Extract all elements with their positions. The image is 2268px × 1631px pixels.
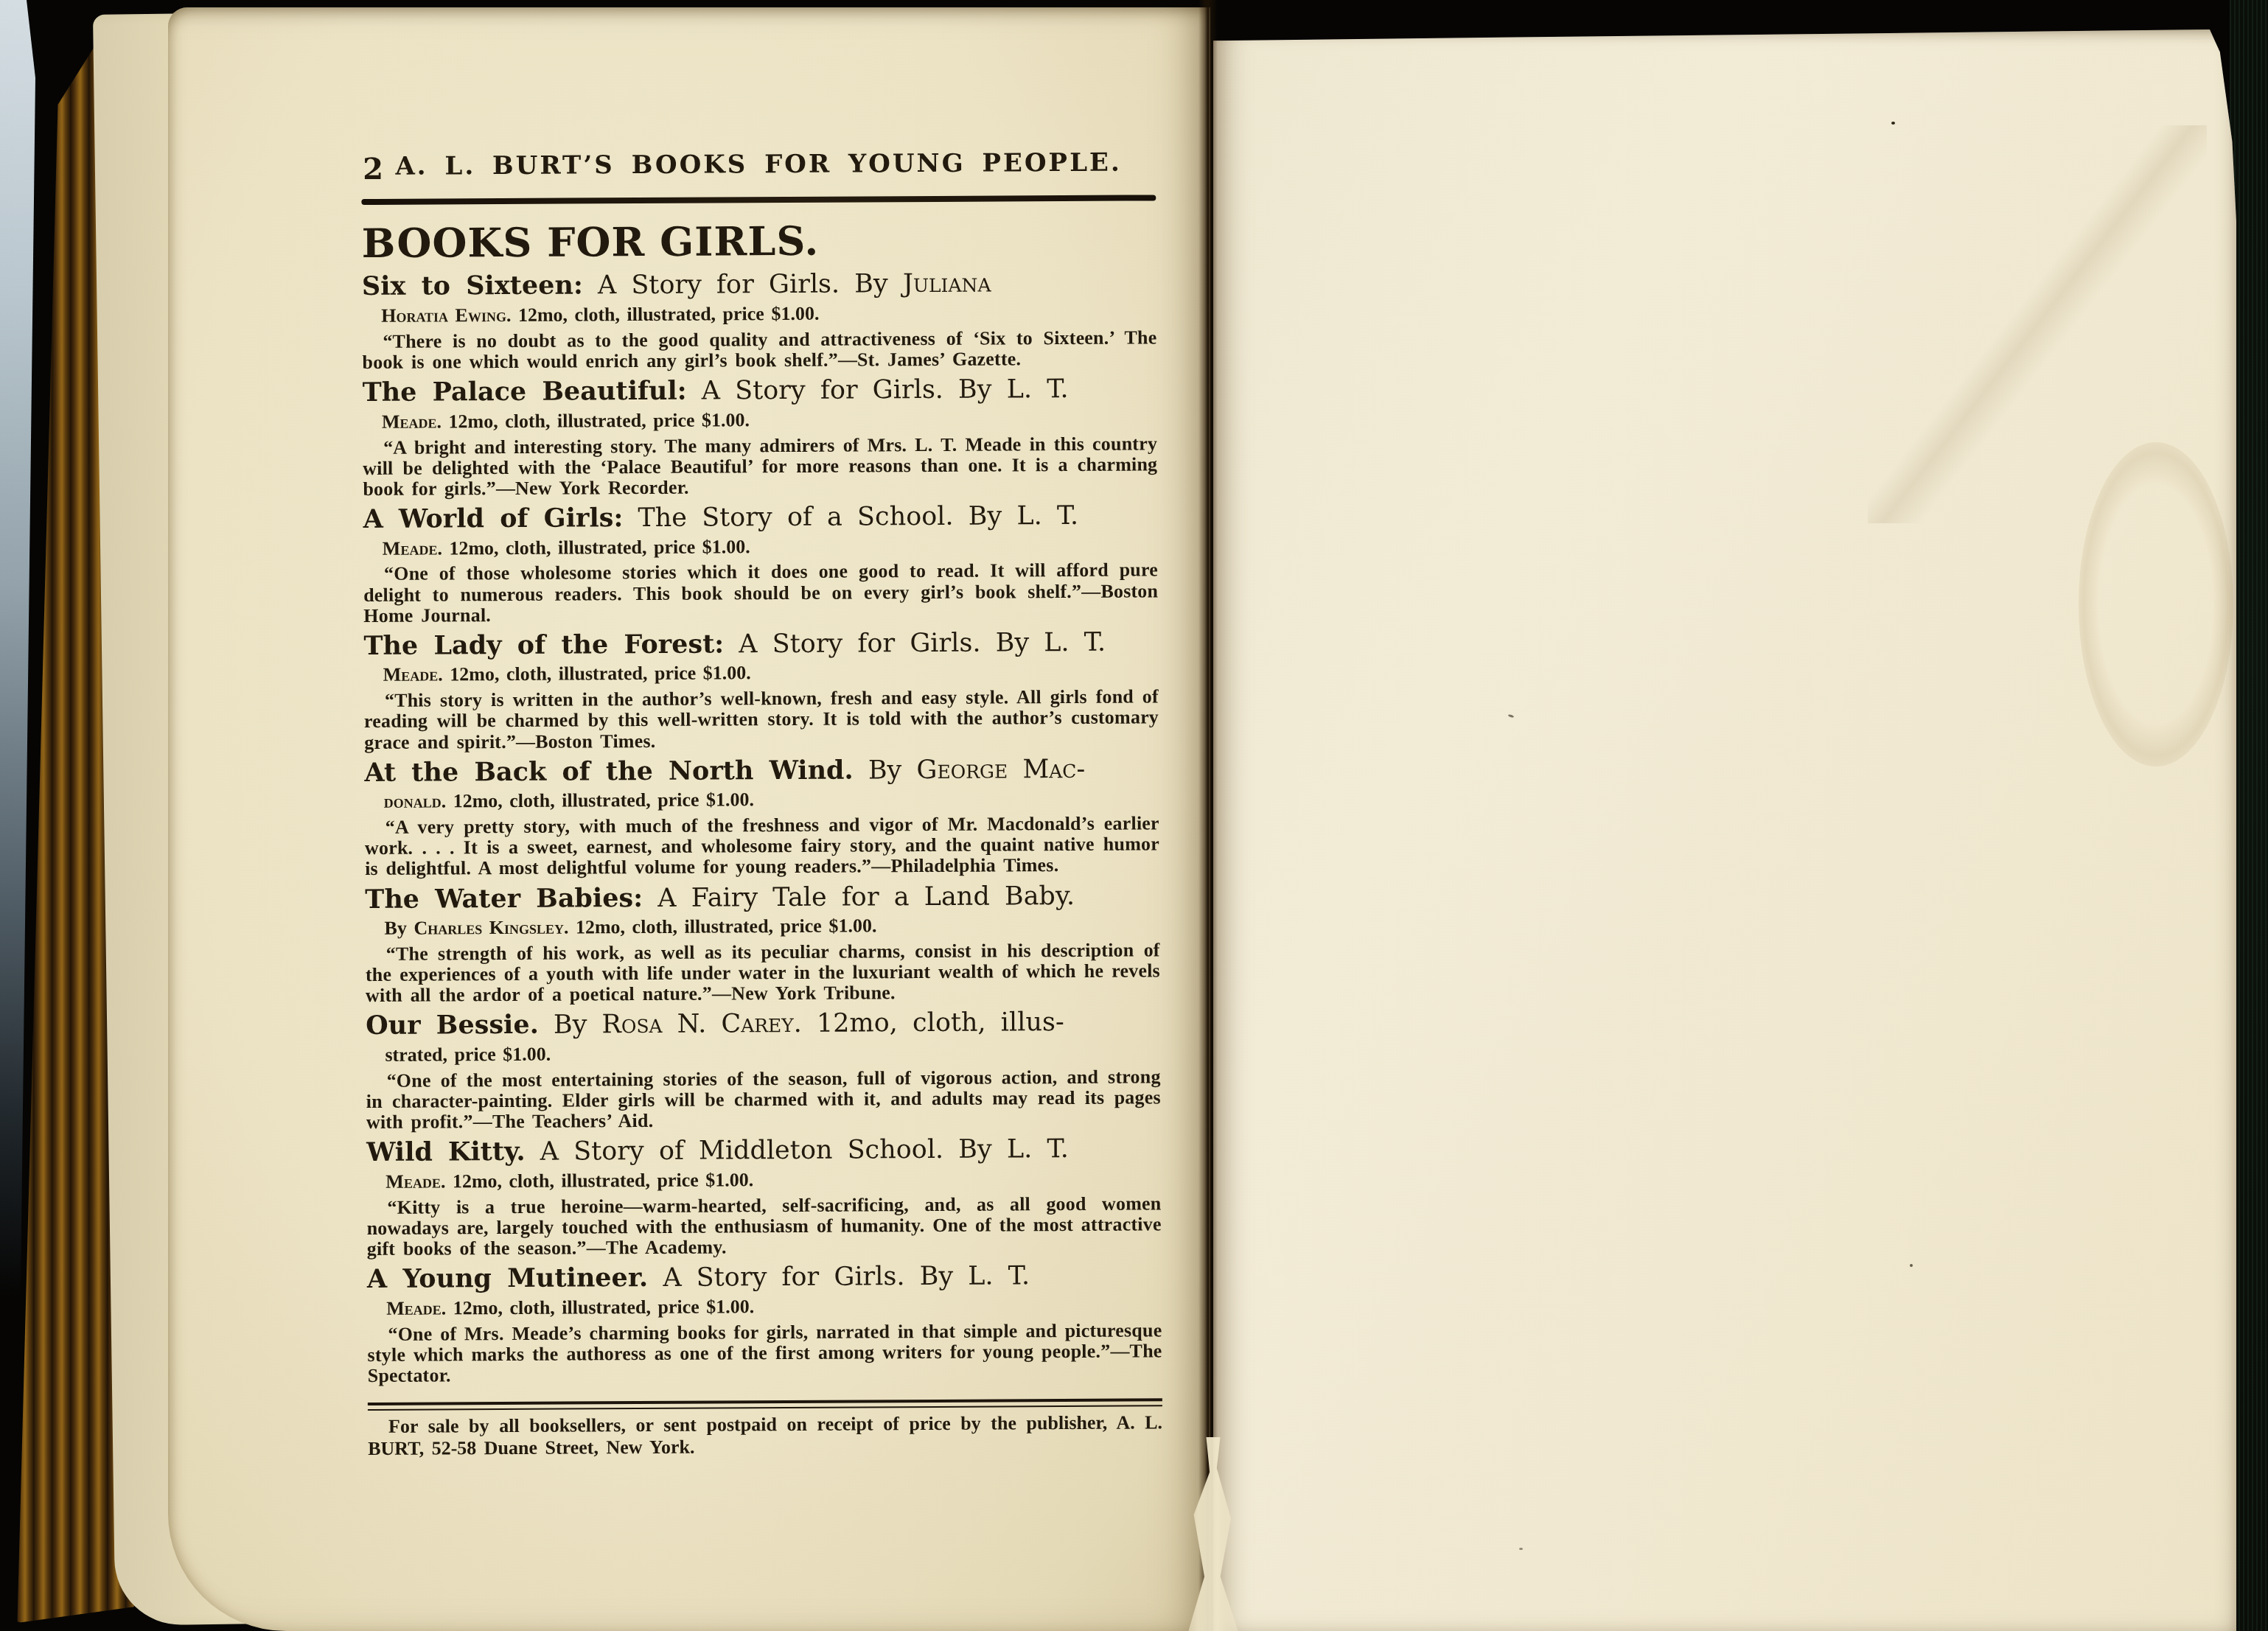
book-title-line: A Young Mutineer. A Story for Girls. By …: [367, 1262, 1162, 1294]
review-quote: “This story is written in the author’s w…: [364, 687, 1159, 753]
book-detail-line: Meade. 12mo, cloth, illustrated, price $…: [363, 534, 1158, 560]
book-subtitle: By: [539, 1010, 602, 1040]
review-quote: “One of Mrs. Meade’s charming books for …: [367, 1320, 1162, 1386]
book-title-line: The Palace Beautiful: A Story for Girls.…: [363, 374, 1157, 407]
quote-source: —The Teachers’ Aid.: [473, 1110, 654, 1132]
book-entry: A Young Mutineer. A Story for Girls. By …: [367, 1262, 1162, 1387]
book-title: The Lady of the Forest:: [363, 629, 724, 661]
review-quote: “Kitty is a true heroine—warm-hearted, s…: [366, 1193, 1161, 1260]
detail-rest: 12mo, cloth, illustrated, price $1.00.: [446, 789, 754, 812]
review-quote: “A bright and interesting story. The man…: [363, 433, 1157, 500]
detail-rest: 12mo, cloth, illustrated, price $1.00.: [445, 1169, 753, 1192]
book-title: A World of Girls:: [363, 503, 624, 534]
book-title: Six to Sixteen:: [362, 270, 583, 301]
book-author: Rosa N. Carey.: [601, 1009, 802, 1039]
quote-text: “A bright and interesting story. The man…: [363, 433, 1157, 500]
detail-author: Meade.: [383, 537, 442, 559]
detail-rest: strated, price $1.00.: [385, 1044, 551, 1066]
quote-text: “One of those wholesome stories which it…: [363, 559, 1158, 606]
detail-rest: 12mo, cloth, illustrated, price $1.00.: [446, 1296, 754, 1319]
book-detail-line: Meade. 12mo, cloth, illustrated, price $…: [367, 1293, 1162, 1320]
detail-author: Horatia Ewing.: [381, 304, 511, 326]
page-header: 2 A. L. BURT’S BOOKS FOR YOUNG PEOPLE.: [361, 147, 1156, 187]
book-entry: The Lady of the Forest: A Story for Girl…: [363, 628, 1159, 753]
book-entry: The Water Babies: A Fairy Tale for a Lan…: [365, 881, 1160, 1007]
book-detail-line: strated, price $1.00.: [366, 1041, 1160, 1067]
book-subtitle: A Story of Middleton School. By L. T.: [526, 1134, 1069, 1167]
book-entry: The Palace Beautiful: A Story for Girls.…: [363, 374, 1158, 500]
scanner-bed-strip: [0, 0, 35, 1297]
book-subtitle: By: [854, 755, 917, 785]
book-author: George Mac-: [916, 754, 1085, 784]
quote-text: “Kitty is a true heroine—warm-hearted, s…: [367, 1192, 1162, 1260]
detail-rest: 12mo, cloth, illustrated, price $1.00.: [568, 915, 876, 938]
book-entry: A World of Girls: The Story of a School.…: [363, 501, 1159, 626]
book-title: The Water Babies:: [365, 883, 643, 915]
quote-source: —Boston Times.: [516, 730, 655, 752]
footer-rule: [368, 1399, 1162, 1411]
book-gutter: [1198, 0, 1218, 1631]
book-detail-line: Horatia Ewing. 12mo, cloth, illustrated,…: [362, 301, 1156, 327]
book-title-tail: 12mo, cloth, illus-: [802, 1007, 1064, 1038]
book-detail-line: Meade. 12mo, cloth, illustrated, price $…: [364, 660, 1159, 687]
detail-rest: 12mo, cloth, illustrated, price $1.00.: [443, 663, 751, 685]
review-quote: “The strength of his work, as well as it…: [366, 940, 1160, 1007]
book-entry: Wild Kitty. A Story of Middleton School.…: [366, 1135, 1162, 1260]
paper-speck: [1910, 1264, 1913, 1267]
detail-author: Meade.: [386, 1298, 446, 1319]
book-detail-line: donald. 12mo, cloth, illustrated, price …: [365, 787, 1159, 814]
detail-author: Meade.: [382, 411, 442, 432]
left-page: 2 A. L. BURT’S BOOKS FOR YOUNG PEOPLE. B…: [168, 7, 1210, 1631]
book-title: At the Back of the North Wind.: [364, 755, 854, 787]
book-entry: Six to Sixteen: A Story for Girls. By Ju…: [362, 268, 1157, 372]
book-detail-line: By Charles Kingsley. 12mo, cloth, illust…: [365, 914, 1159, 940]
quote-source: —St. James’ Gazette.: [838, 348, 1021, 370]
book-subtitle: A Story for Girls. By: [583, 269, 903, 300]
paper-crease: [1868, 125, 2207, 523]
book-title-line: Our Bessie. By Rosa N. Carey. 12mo, clot…: [366, 1008, 1160, 1041]
review-quote: “A very pretty story, with much of the f…: [365, 814, 1159, 880]
footer-imprint: For sale by all booksellers, or sent pos…: [368, 1412, 1162, 1460]
quote-text: “There is no doubt as to the good qualit…: [362, 326, 1156, 373]
detail-author: Charles Kingsley.: [414, 917, 568, 939]
book-detail-line: Meade. 12mo, cloth, illustrated, price $…: [366, 1167, 1161, 1194]
quote-text: “One of Mrs. Meade’s charming books for …: [367, 1319, 1162, 1366]
book-title-line: A World of Girls: The Story of a School.…: [363, 501, 1158, 534]
book-title-line: Wild Kitty. A Story of Middleton School.…: [366, 1135, 1161, 1167]
header-rule: [361, 195, 1156, 205]
review-quote: “One of the most entertaining stories of…: [366, 1066, 1161, 1133]
detail-author: donald.: [384, 791, 447, 812]
book-subtitle: A Story for Girls. By L. T.: [648, 1262, 1030, 1293]
advertisement-page-content: 2 A. L. BURT’S BOOKS FOR YOUNG PEOPLE. B…: [361, 147, 1162, 1460]
detail-rest: 12mo, cloth, illustrated, price $1.00.: [442, 536, 750, 559]
book-entry: Our Bessie. By Rosa N. Carey. 12mo, clot…: [366, 1008, 1161, 1134]
book-title: Wild Kitty.: [366, 1136, 526, 1167]
book-subtitle: A Fairy Tale for a Land Baby.: [643, 881, 1075, 912]
book-scan: 2 A. L. BURT’S BOOKS FOR YOUNG PEOPLE. B…: [0, 0, 2268, 1631]
book-subtitle: A Story for Girls. By L. T.: [724, 627, 1106, 659]
detail-author: Meade.: [385, 1171, 445, 1192]
review-quote: “There is no doubt as to the good qualit…: [362, 327, 1156, 373]
book-title-line: Six to Sixteen: A Story for Girls. By Ju…: [362, 268, 1156, 301]
review-quote: “One of those wholesome stories which it…: [363, 560, 1158, 626]
book-entry: At the Back of the North Wind. By George…: [364, 755, 1159, 880]
quote-source: —The Academy.: [587, 1237, 727, 1259]
blank-right-page: [1213, 29, 2236, 1631]
section-title: BOOKS FOR GIRLS.: [361, 215, 1156, 267]
quote-source: —New York Recorder.: [496, 476, 689, 498]
detail-pre: By: [384, 918, 414, 939]
detail-rest: 12mo, cloth, illustrated, price $1.00.: [442, 409, 750, 432]
book-title: The Palace Beautiful:: [363, 376, 687, 408]
running-title: A. L. BURT’S BOOKS FOR YOUNG PEOPLE.: [361, 147, 1156, 181]
book-author: Juliana: [903, 269, 991, 299]
book-title-line: At the Back of the North Wind. By George…: [364, 755, 1159, 787]
book-subtitle: A Story for Girls. By L. T.: [687, 374, 1069, 406]
detail-author: Meade.: [383, 664, 443, 685]
book-detail-line: Meade. 12mo, cloth, illustrated, price $…: [363, 407, 1157, 433]
paper-speck: [1519, 1548, 1523, 1550]
quote-text: “This story is written in the author’s w…: [364, 686, 1159, 753]
book-subtitle: The Story of a School. By L. T.: [623, 501, 1078, 533]
book-title: A Young Mutineer.: [367, 1262, 648, 1294]
book-title-line: The Water Babies: A Fairy Tale for a Lan…: [365, 881, 1159, 914]
book-title-line: The Lady of the Forest: A Story for Girl…: [363, 628, 1158, 660]
book-title: Our Bessie.: [366, 1010, 539, 1041]
detail-rest: 12mo, cloth, illustrated, price $1.00.: [511, 303, 819, 326]
quote-source: —Philadelphia Times.: [871, 855, 1058, 877]
paper-speck: [1891, 122, 1895, 125]
page-number: 2: [363, 152, 383, 186]
quote-source: —New York Tribune.: [712, 982, 896, 1005]
paper-speck: [1508, 714, 1515, 719]
